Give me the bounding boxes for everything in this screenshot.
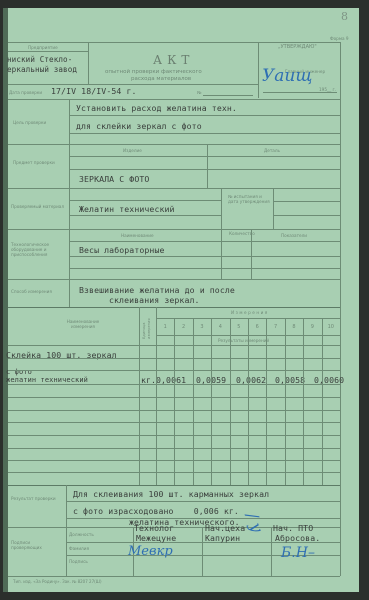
purpose-label: Цель проверки [13,120,46,125]
signatory-3-position: Нач. ПТО [273,523,313,533]
document-title: АКТ [153,53,194,67]
enterprise-name-line1: ниский Стекло- [7,55,72,64]
measurement-column-3: 3 [193,324,211,330]
form-label: Форма 9 [330,36,349,41]
measurement-column-10: 10 [322,324,340,330]
measurement-column-5: 5 [230,324,248,330]
signatory-2-signature: / у [243,510,268,535]
measurement-column-7: 7 [266,324,284,330]
subject-col-product: Изделие [123,148,142,153]
measurement-column-4: 4 [211,324,229,330]
purpose-line2: для склейки зеркал с фото [76,121,202,131]
conclusion-line1: Для склеивания 100 шт. карманных зеркал [73,489,269,499]
approved-label: „УТВЕРЖДАЮ" [278,45,317,50]
page-number: 8 [341,10,348,23]
material-value: Желатин технический [79,204,175,214]
measurement-column-8: 8 [285,324,303,330]
equipment-col-indicators: Показатели [281,233,307,238]
check-date-label: Дата проверки [9,90,42,95]
approved-year: 195__ г. [319,87,336,92]
signatory-1-surname: Межецуне [136,533,176,543]
signature-row-position: Должность [69,532,94,537]
method-label: Способ измерения [11,289,65,294]
number-label: № [197,90,201,95]
signatory-2-position: Нач.цеха [205,523,245,533]
method-line2: склеивания зеркал. [109,295,200,305]
measurement-column-1: 1 [156,324,174,330]
equipment-col-name: Наименование [121,233,154,238]
purpose-line1: Установить расход желатина техн. [76,103,237,113]
subject-label: Предмет проверки [13,160,55,165]
subject-value: ЗЕРКАЛА С ФОТО [79,174,149,184]
conclusion-label: Результат проверки [11,496,61,501]
enterprise-label: Предприятие [28,45,58,50]
measurements-group-label: Измерения [231,310,269,315]
measurement-row-line3: желатин технический [6,376,88,384]
conclusion-line2: с фото израсходовано 0,006 кг. [73,506,239,516]
measurement-column-9: 9 [303,324,321,330]
check-date-value: 17/IV 18/IV-54 г. [51,86,137,96]
subject-col-part: Деталь [264,148,280,153]
equipment-label: Технологическое оборудование и приспособ… [11,242,67,257]
signatures-label: Подписи проверяющих [11,540,61,550]
signatory-2-surname: Капурин [205,533,240,543]
equipment-col-quantity: Количество [229,231,249,236]
chief-engineer-signature: Уаищ [262,66,312,86]
material-note-label: № испытания и дата утверждения [228,194,270,204]
signatory-3-surname: Абросова. [275,533,320,543]
measurement-column-6: 6 [248,324,266,330]
signature-row-signature: Подпись [69,559,88,564]
printer-footer: Тип. изд. «За Родину». Зак. № 8207 27(Ш) [13,579,102,584]
signatory-1-signature: Мевкр [128,544,173,559]
measurement-name-col-label: Наименование измерения [58,319,108,329]
document-sheet: 8 Форма 9 Предприятие ниский Стекло- ерк… [3,8,359,592]
material-label: Проверяемый материал [11,204,65,209]
enterprise-name-line2: еркальный завод [7,65,77,74]
document-subtitle-line1: опытной проверки фактического [105,69,202,75]
document-subtitle-line2: расхода материалов [131,76,191,82]
signatory-1-position: Технолог [134,523,174,533]
measurement-results-label: Результаты измерений [218,338,269,343]
method-line1: Взвешивание желатина до и после [79,285,235,295]
equipment-value: Весы лабораторные [79,245,165,255]
signatory-3-signature: Б.Н– [281,545,315,561]
signature-row-surname: Фамилия [69,546,89,551]
unit-col-label: Единица измерения [142,313,156,339]
measurement-column-2: 2 [174,324,192,330]
